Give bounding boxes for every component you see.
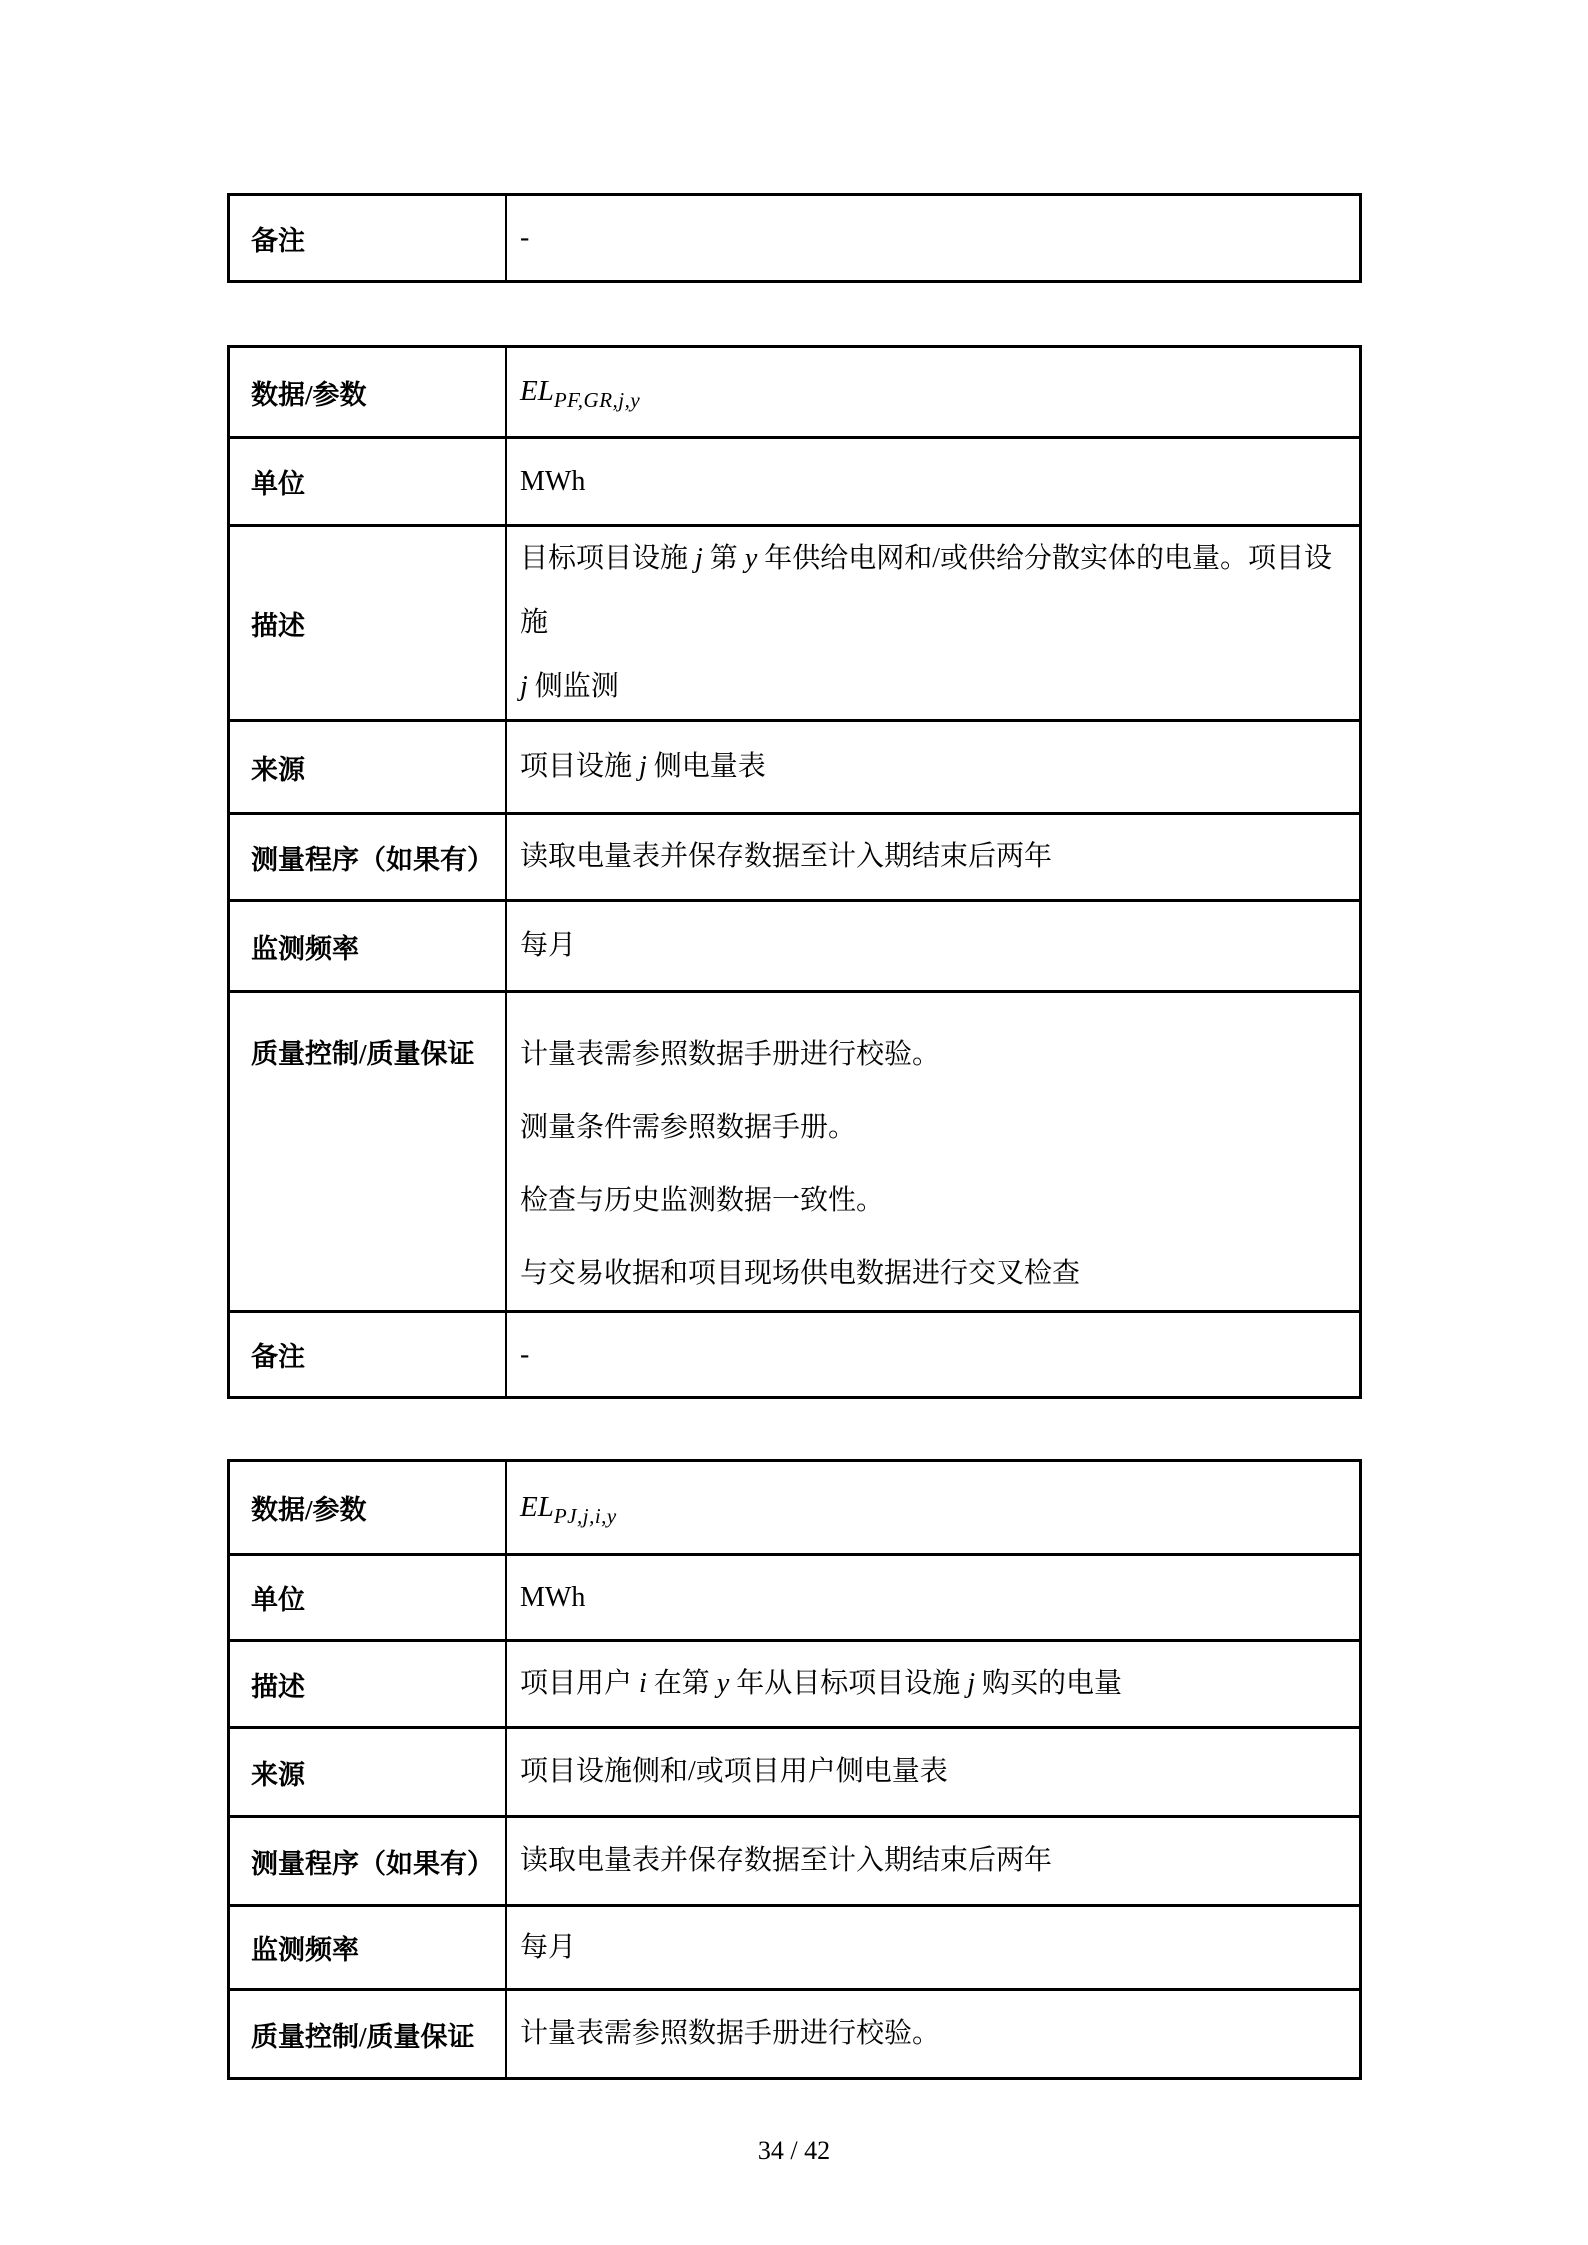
row-label-text: 质量控制/质量保证 — [251, 2015, 503, 2054]
row-label-text: 来源 — [251, 1753, 503, 1792]
row-label-text: 质量控制/质量保证 — [251, 1018, 503, 1091]
row-label: 来源 — [230, 1729, 507, 1815]
row-label: 备注 — [230, 1313, 507, 1396]
row-value: 项目用户 i 在第 y 年从目标项目设施 j 购买的电量 — [507, 1642, 1359, 1726]
row-value: 每月 — [507, 1907, 1359, 1988]
row-value: - — [507, 196, 1359, 280]
row-label: 数据/参数 — [230, 1462, 507, 1553]
row-label-text: 单位 — [251, 462, 503, 501]
table-row: 数据/参数 ELPF,GR,j,y — [230, 348, 1359, 436]
remarks-table: 备注 - — [227, 193, 1362, 283]
row-value: 项目设施 j 侧电量表 — [507, 722, 1359, 812]
parameter-table-el-pf-gr: 数据/参数 ELPF,GR,j,y 单位 MWh 描述 目标项目设施 j 第 y… — [227, 345, 1362, 1399]
row-label-text: 描述 — [251, 604, 503, 643]
table-row: 备注 - — [230, 1310, 1359, 1396]
row-label: 质量控制/质量保证 — [230, 1991, 507, 2077]
row-label-text: 数据/参数 — [251, 1488, 503, 1527]
row-label: 测量程序（如果有） — [230, 1818, 507, 1904]
row-value: ELPJ,j,i,y — [507, 1462, 1359, 1553]
table-row: 单位 MWh — [230, 436, 1359, 524]
table-row: 数据/参数 ELPJ,j,i,y — [230, 1462, 1359, 1553]
row-label: 监测频率 — [230, 902, 507, 990]
row-label-text: 监测频率 — [251, 927, 503, 966]
row-label-text: 备注 — [251, 1335, 503, 1374]
row-label: 单位 — [230, 1556, 507, 1639]
table-row: 来源 项目设施侧和/或项目用户侧电量表 — [230, 1726, 1359, 1815]
table-row: 来源 项目设施 j 侧电量表 — [230, 719, 1359, 812]
row-value: 计量表需参照数据手册进行校验。测量条件需参照数据手册。检查与历史监测数据一致性。… — [507, 993, 1359, 1310]
row-label-text: 测量程序（如果有） — [251, 1842, 503, 1881]
table-row: 质量控制/质量保证 计量表需参照数据手册进行校验。测量条件需参照数据手册。检查与… — [230, 990, 1359, 1310]
row-value: 读取电量表并保存数据至计入期结束后两年 — [507, 1818, 1359, 1904]
table-row: 测量程序（如果有） 读取电量表并保存数据至计入期结束后两年 — [230, 1815, 1359, 1904]
table-row: 备注 - — [230, 196, 1359, 280]
row-label-text: 测量程序（如果有） — [251, 838, 503, 877]
row-label: 数据/参数 — [230, 348, 507, 436]
row-label: 描述 — [230, 527, 507, 719]
row-label-text: 描述 — [251, 1665, 503, 1704]
row-value: 项目设施侧和/或项目用户侧电量表 — [507, 1729, 1359, 1815]
row-value: 每月 — [507, 902, 1359, 990]
row-label-text: 数据/参数 — [251, 373, 503, 412]
row-label: 监测频率 — [230, 1907, 507, 1988]
row-value: 读取电量表并保存数据至计入期结束后两年 — [507, 815, 1359, 899]
row-label: 测量程序（如果有） — [230, 815, 507, 899]
row-label: 质量控制/质量保证 — [230, 993, 507, 1310]
row-label-text: 监测频率 — [251, 1928, 503, 1967]
table-row: 监测频率 每月 — [230, 899, 1359, 990]
row-value: MWh — [507, 1556, 1359, 1639]
table-row: 单位 MWh — [230, 1553, 1359, 1639]
table-row: 描述 目标项目设施 j 第 y 年供给电网和/或供给分散实体的电量。项目设施j … — [230, 524, 1359, 719]
row-label-text: 单位 — [251, 1578, 503, 1617]
row-value: MWh — [507, 439, 1359, 524]
row-label: 描述 — [230, 1642, 507, 1726]
table-row: 质量控制/质量保证 计量表需参照数据手册进行校验。 — [230, 1988, 1359, 2077]
document-page: 备注 - 数据/参数 ELPF,GR,j,y 单位 MWh 描述 目标项目设施 … — [0, 0, 1588, 2245]
table-row: 测量程序（如果有） 读取电量表并保存数据至计入期结束后两年 — [230, 812, 1359, 899]
row-value: 目标项目设施 j 第 y 年供给电网和/或供给分散实体的电量。项目设施j 侧监测 — [507, 527, 1359, 719]
row-label: 来源 — [230, 722, 507, 812]
table-row: 描述 项目用户 i 在第 y 年从目标项目设施 j 购买的电量 — [230, 1639, 1359, 1726]
row-value: - — [507, 1313, 1359, 1396]
row-label: 单位 — [230, 439, 507, 524]
row-label-text: 备注 — [251, 219, 503, 258]
table-row: 监测频率 每月 — [230, 1904, 1359, 1988]
row-value: 计量表需参照数据手册进行校验。 — [507, 1991, 1359, 2077]
row-value: ELPF,GR,j,y — [507, 348, 1359, 436]
page-number: 34 / 42 — [0, 2136, 1588, 2166]
row-label: 备注 — [230, 196, 507, 280]
parameter-table-el-pj: 数据/参数 ELPJ,j,i,y 单位 MWh 描述 项目用户 i 在第 y 年… — [227, 1459, 1362, 2080]
row-label-text: 来源 — [251, 748, 503, 787]
